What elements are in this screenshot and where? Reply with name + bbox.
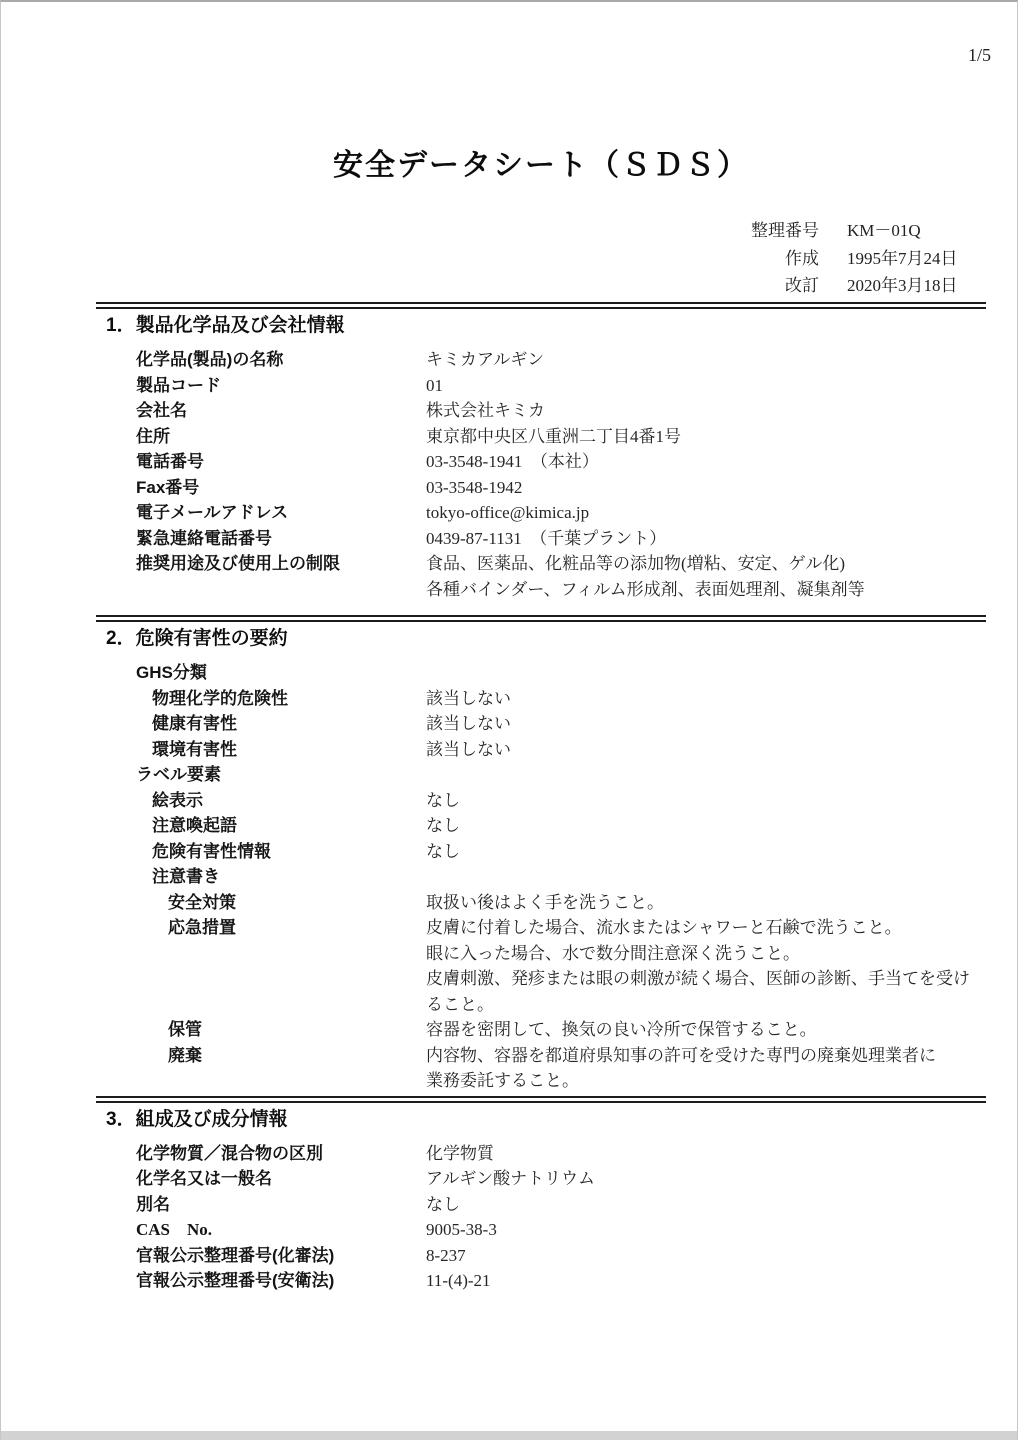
- field-row: 製品コード01: [96, 373, 986, 399]
- field-row: 官報公示整理番号(安衛法)11-(4)-21: [96, 1268, 986, 1294]
- field-row: ること。: [96, 992, 986, 1018]
- field-label: [96, 941, 426, 967]
- field-row: GHS分類: [96, 660, 986, 686]
- field-value: 8-237: [426, 1243, 466, 1269]
- field-value: なし: [426, 788, 460, 814]
- field-label: [96, 992, 426, 1018]
- field-row: 化学品(製品)の名称キミカアルギン: [96, 347, 986, 373]
- section: 2．危険有害性の要約GHS分類物理化学的危険性該当しない健康有害性該当しない環境…: [96, 615, 986, 1094]
- field-row: 応急措置皮膚に付着した場合、流水またはシャワーと石鹸で洗うこと。: [96, 915, 986, 941]
- field-value: 該当しない: [426, 737, 511, 763]
- section: 3．組成及び成分情報化学物質／混合物の区別化学物質化学名又は一般名アルギン酸ナト…: [96, 1096, 986, 1294]
- field-label: 会社名: [96, 398, 426, 424]
- section-rule: [96, 615, 986, 622]
- section-rows: GHS分類物理化学的危険性該当しない健康有害性該当しない環境有害性該当しないラベ…: [96, 660, 986, 1094]
- sections-container: 1．製品化学品及び会社情報化学品(製品)の名称キミカアルギン製品コード01会社名…: [96, 302, 986, 1294]
- field-row: 絵表示なし: [96, 788, 986, 814]
- sds-document-page: 1/5 安全データシート（ＳＤＳ） 整理番号 KM－01Q 作成 1995年7月…: [0, 0, 1018, 1440]
- field-value: なし: [426, 839, 460, 865]
- field-value: 01: [426, 373, 443, 399]
- field-label: 電話番号: [96, 449, 426, 475]
- field-row: 注意書き: [96, 864, 986, 890]
- field-row: 危険有害性情報なし: [96, 839, 986, 865]
- field-label: 別名: [96, 1192, 426, 1218]
- field-row: 物理化学的危険性該当しない: [96, 686, 986, 712]
- field-row: 安全対策取扱い後はよく手を洗うこと。: [96, 890, 986, 916]
- field-value: 皮膚刺激、発疹または眼の刺激が続く場合、医師の診断、手当てを受け: [426, 966, 970, 992]
- field-label: 注意喚起語: [96, 813, 426, 839]
- field-label: GHS分類: [96, 660, 426, 686]
- field-value: 0439-87-1131 （千葉プラント）: [426, 526, 666, 552]
- field-value: 業務委託すること。: [426, 1068, 579, 1094]
- field-value: 食品、医薬品、化粧品等の添加物(増粘、安定、ゲル化): [426, 551, 845, 577]
- field-value: 皮膚に付着した場合、流水またはシャワーと石鹸で洗うこと。: [426, 915, 902, 941]
- field-value: 各種バインダー、フィルム形成剤、表面処理剤、凝集剤等: [426, 577, 865, 603]
- field-label: 化学品(製品)の名称: [96, 347, 426, 373]
- section-rule: [96, 302, 986, 309]
- field-label: 健康有害性: [96, 711, 426, 737]
- field-label: Fax番号: [96, 475, 426, 501]
- field-row: ラベル要素: [96, 762, 986, 788]
- field-label: [96, 1068, 426, 1094]
- field-row: 眼に入った場合、水で数分間注意深く洗うこと。: [96, 941, 986, 967]
- field-value: 11-(4)-21: [426, 1268, 491, 1294]
- meta-row-revised-date: 改訂 2020年3月18日: [691, 272, 958, 300]
- field-value: アルギン酸ナトリウム: [426, 1166, 595, 1192]
- section-rows: 化学品(製品)の名称キミカアルギン製品コード01会社名株式会社キミカ住所東京都中…: [96, 347, 986, 602]
- field-label: 電子メールアドレス: [96, 500, 426, 526]
- field-row: 住所東京都中央区八重洲二丁目4番1号: [96, 424, 986, 450]
- field-value: 内容物、容器を都道府県知事の許可を受けた専門の廃棄処理業者に: [426, 1043, 936, 1069]
- field-label: 安全対策: [96, 890, 426, 916]
- section-heading: 2．危険有害性の要約: [96, 622, 986, 652]
- section-heading: 3．組成及び成分情報: [96, 1103, 986, 1133]
- section-heading: 1．製品化学品及び会社情報: [96, 309, 986, 339]
- field-label: 環境有害性: [96, 737, 426, 763]
- field-label: [96, 966, 426, 992]
- meta-label: 作成: [691, 245, 819, 273]
- field-row: 官報公示整理番号(化審法)8-237: [96, 1243, 986, 1269]
- field-row: 推奨用途及び使用上の制限食品、医薬品、化粧品等の添加物(増粘、安定、ゲル化): [96, 551, 986, 577]
- field-label: ラベル要素: [96, 762, 426, 788]
- page-number: 1/5: [968, 45, 991, 66]
- field-label: 物理化学的危険性: [96, 686, 426, 712]
- meta-value: KM－01Q: [847, 217, 921, 245]
- field-row: 別名なし: [96, 1192, 986, 1218]
- field-label: 絵表示: [96, 788, 426, 814]
- field-row: 廃棄内容物、容器を都道府県知事の許可を受けた専門の廃棄処理業者に: [96, 1043, 986, 1069]
- field-row: 保管容器を密閉して、換気の良い冷所で保管すること。: [96, 1017, 986, 1043]
- field-row: 業務委託すること。: [96, 1068, 986, 1094]
- field-row: 皮膚刺激、発疹または眼の刺激が続く場合、医師の診断、手当てを受け: [96, 966, 986, 992]
- field-value: 眼に入った場合、水で数分間注意深く洗うこと。: [426, 941, 800, 967]
- field-label: 住所: [96, 424, 426, 450]
- field-row: 会社名株式会社キミカ: [96, 398, 986, 424]
- field-row: 緊急連絡電話番号0439-87-1131 （千葉プラント）: [96, 526, 986, 552]
- field-value: 株式会社キミカ: [426, 398, 545, 424]
- field-row: 電話番号03-3548-1941 （本社）: [96, 449, 986, 475]
- field-row: 各種バインダー、フィルム形成剤、表面処理剤、凝集剤等: [96, 577, 986, 603]
- field-value: 取扱い後はよく手を洗うこと。: [426, 890, 664, 916]
- meta-value: 1995年7月24日: [847, 245, 958, 273]
- section-rows: 化学物質／混合物の区別化学物質化学名又は一般名アルギン酸ナトリウム別名なしCAS…: [96, 1141, 986, 1294]
- section-rule: [96, 1096, 986, 1103]
- field-value: 9005-38-3: [426, 1217, 497, 1243]
- meta-row-reference-number: 整理番号 KM－01Q: [691, 217, 958, 245]
- field-value: 03-3548-1941 （本社）: [426, 449, 599, 475]
- field-label: 化学物質／混合物の区別: [96, 1141, 426, 1167]
- field-value: 該当しない: [426, 711, 511, 737]
- meta-value: 2020年3月18日: [847, 272, 958, 300]
- field-row: 化学物質／混合物の区別化学物質: [96, 1141, 986, 1167]
- page-bottom-gap: [1, 1431, 1017, 1440]
- field-label: 応急措置: [96, 915, 426, 941]
- field-label: 廃棄: [96, 1043, 426, 1069]
- field-label: 官報公示整理番号(化審法): [96, 1243, 426, 1269]
- meta-label: 整理番号: [691, 217, 819, 245]
- field-value: 容器を密閉して、換気の良い冷所で保管すること。: [426, 1017, 817, 1043]
- field-row: 化学名又は一般名アルギン酸ナトリウム: [96, 1166, 986, 1192]
- field-label: 製品コード: [96, 373, 426, 399]
- field-label: 危険有害性情報: [96, 839, 426, 865]
- field-value: tokyo-office@kimica.jp: [426, 500, 589, 526]
- field-label: 推奨用途及び使用上の制限: [96, 551, 426, 577]
- field-row: CAS No.9005-38-3: [96, 1217, 986, 1243]
- field-row: 注意喚起語なし: [96, 813, 986, 839]
- field-value: なし: [426, 1192, 460, 1218]
- field-value: 03-3548-1942: [426, 475, 522, 501]
- field-label: 化学名又は一般名: [96, 1166, 426, 1192]
- field-label: CAS No.: [96, 1217, 426, 1243]
- field-row: Fax番号03-3548-1942: [96, 475, 986, 501]
- field-value: なし: [426, 813, 460, 839]
- field-value: 該当しない: [426, 686, 511, 712]
- field-row: 電子メールアドレスtokyo-office@kimica.jp: [96, 500, 986, 526]
- field-label: 緊急連絡電話番号: [96, 526, 426, 552]
- field-value: 東京都中央区八重洲二丁目4番1号: [426, 424, 681, 450]
- document-title: 安全データシート（ＳＤＳ）: [96, 140, 986, 184]
- meta-row-created-date: 作成 1995年7月24日: [691, 245, 958, 273]
- field-label: 注意書き: [96, 864, 426, 890]
- document-meta: 整理番号 KM－01Q 作成 1995年7月24日 改訂 2020年3月18日: [691, 217, 958, 300]
- field-value: ること。: [426, 992, 494, 1018]
- field-row: 環境有害性該当しない: [96, 737, 986, 763]
- meta-label: 改訂: [691, 272, 819, 300]
- field-label: [96, 577, 426, 603]
- section: 1．製品化学品及び会社情報化学品(製品)の名称キミカアルギン製品コード01会社名…: [96, 302, 986, 602]
- field-value: 化学物質: [426, 1141, 494, 1167]
- field-value: キミカアルギン: [426, 347, 544, 373]
- field-row: 健康有害性該当しない: [96, 711, 986, 737]
- field-label: 官報公示整理番号(安衛法): [96, 1268, 426, 1294]
- field-label: 保管: [96, 1017, 426, 1043]
